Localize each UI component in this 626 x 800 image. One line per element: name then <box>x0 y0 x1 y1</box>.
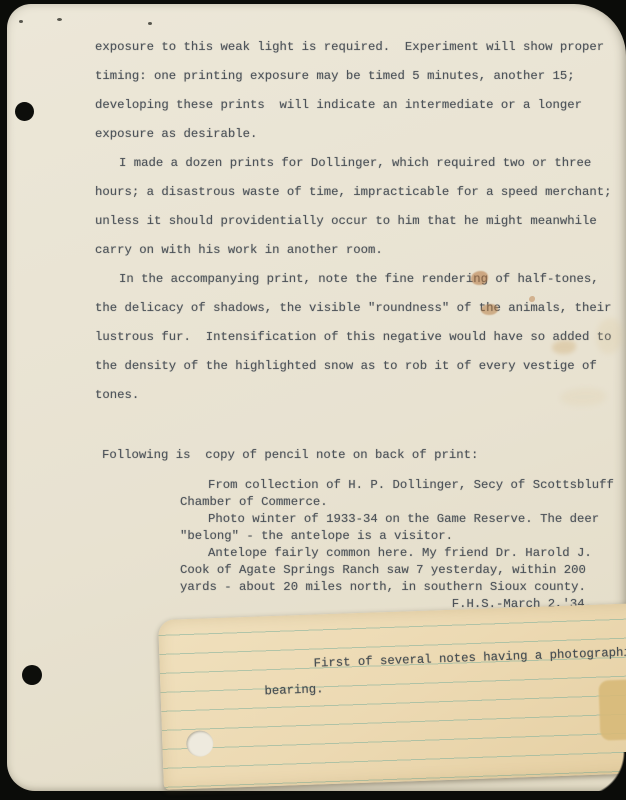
faint-stain <box>560 388 606 406</box>
dirt-speck <box>148 22 152 25</box>
scanned-document: exposure to this weak light is required.… <box>0 0 626 800</box>
typed-line: the density of the highlighted snow as t… <box>95 359 597 373</box>
note-heading: Following is copy of pencil note on back… <box>102 448 478 462</box>
typed-line: lustrous fur. Intensification of this ne… <box>95 330 612 344</box>
typed-line: carry on with his work in another room. <box>95 243 383 257</box>
punch-hole-bottom <box>22 665 42 685</box>
scan-corner-mask <box>580 752 626 800</box>
note-line: Photo winter of 1933-34 on the Game Rese… <box>208 512 599 526</box>
index-card: First of several notes having a photogra… <box>158 603 626 790</box>
typed-line: unless it should providentially occur to… <box>95 214 597 228</box>
card-typed-line: First of several notes having a photogra… <box>313 645 626 670</box>
typed-line: I made a dozen prints for Dollinger, whi… <box>119 156 591 170</box>
note-line: From collection of H. P. Dollinger, Secy… <box>208 478 614 492</box>
typed-line: developing these prints will indicate an… <box>95 98 582 112</box>
typed-line: hours; a disastrous waste of time, impra… <box>95 185 612 199</box>
faint-stain <box>596 318 622 354</box>
typed-line: exposure as desirable. <box>95 127 257 141</box>
dirt-speck <box>57 18 62 21</box>
typed-line: exposure to this weak light is required.… <box>95 40 604 54</box>
note-line: yards - about 20 miles north, in souther… <box>180 580 586 594</box>
card-punch-hole <box>186 730 214 757</box>
punch-hole-top <box>15 102 34 121</box>
dirt-speck <box>19 20 23 23</box>
note-line: Antelope fairly common here. My friend D… <box>208 546 592 560</box>
typed-line: the delicacy of shadows, the visible "ro… <box>95 301 612 315</box>
rust-stain <box>471 271 488 285</box>
rust-stain <box>481 304 498 315</box>
rust-stain <box>529 296 535 302</box>
typed-line: In the accompanying print, note the fine… <box>119 272 599 286</box>
typed-line: tones. <box>95 388 139 402</box>
typed-line: timing: one printing exposure may be tim… <box>95 69 575 83</box>
note-line: Chamber of Commerce. <box>180 495 328 509</box>
note-line: Cook of Agate Springs Ranch saw 7 yester… <box>180 563 586 577</box>
faint-stain <box>552 340 576 354</box>
card-typed-line: bearing. <box>264 682 323 698</box>
note-line: "belong" - the antelope is a visitor. <box>180 529 453 543</box>
tape-stain <box>598 679 626 741</box>
